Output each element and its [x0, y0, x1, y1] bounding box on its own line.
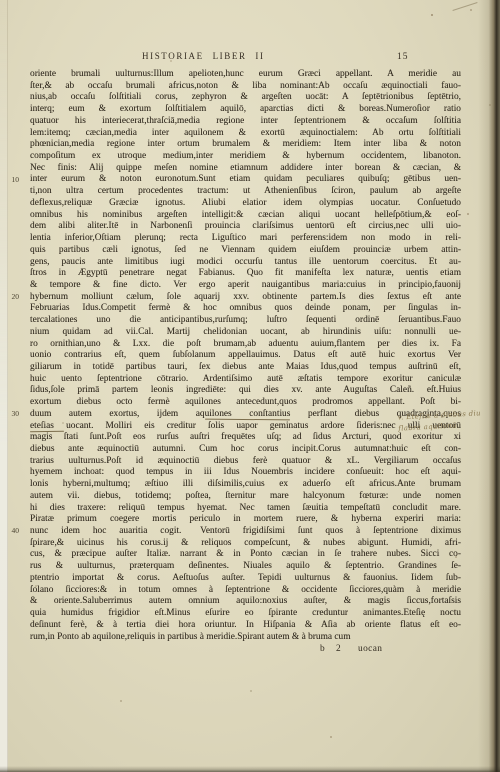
text-line: ſpirare,& uicinus his corus.ij & reliquo…	[30, 538, 461, 550]
text-line: eteſias uocant. Molliri eis creditur ſol…	[30, 421, 461, 433]
text-line: huic uento ſeptentrione cōtrario. Ardent…	[30, 374, 461, 386]
text-line: diebus ante æquinoctiū autumni. Cum hoc …	[30, 444, 461, 456]
text-line: lonis hyberni,multumq; æſtiuo illi diſsi…	[30, 479, 461, 491]
text-line: hyemem inchoat: quod tempus in iii Idus …	[30, 467, 461, 479]
text-block: oriente brumali uulturnus:Illum apeliote…	[30, 69, 461, 645]
text-line: uonio contrarius eſt, quem ſubſolanum ap…	[30, 350, 461, 362]
text-line: lem:itemq; cæcian,media inter aquilonem …	[30, 128, 461, 140]
text-line: nius,ab occaſu ſolſtitiali corus, zephyr…	[30, 92, 461, 104]
folio-number: 15	[397, 52, 409, 62]
text-line: & tempore & fine dicto. Ver ergo aperit …	[30, 280, 461, 292]
signature-mark: b 2	[320, 644, 341, 654]
text-line: nium quidam ad vii.Cal. Martij chelidoni…	[30, 327, 461, 339]
catchword: uocan	[358, 644, 382, 654]
text-line: Februarias Idus.Competit fermè & hoc omn…	[30, 303, 461, 315]
text-line: ptentrio importat & corus. Aeſtuoſus auſ…	[30, 573, 461, 585]
text-line: gens, paucis ante limitibus iugi modici …	[30, 257, 461, 269]
text-line: quia humidus frigidior eſt.Minus eſurire…	[30, 608, 461, 620]
text-line: quis partibus cæli ignotus, ſed ne Vienn…	[30, 245, 461, 257]
text-line: trarius uulturnus.Poſt id æquinoctiū die…	[30, 456, 461, 468]
text-line: lentia inferior,Oſtiam plerunq; recta Li…	[30, 233, 461, 245]
text-line: deſinunt ferè, & à tertia diei hora oriu…	[30, 620, 461, 632]
text-line: exortum diebus octo fermè aquilones ante…	[30, 397, 461, 409]
text-line: ſolano ſicciores:& in totum omnes à ſept…	[30, 585, 461, 597]
text-line: magis ſtati ſunt.Poſt eos rurſus auſtri …	[30, 432, 461, 444]
text-line: nunc idem hoc auaritia cogit. Ventorū fr…	[30, 526, 461, 538]
scanned-book-page: HISTORIAE LIBER II 15 10 20 30 40 orient…	[0, 0, 500, 772]
scan-left-edge	[0, 0, 8, 772]
text-line: rum,in Ponto ab aquilone,reliquis in par…	[30, 632, 461, 644]
text-line: quatuor his interiecerat,thraſciā,media …	[30, 116, 461, 128]
text-line: Piratæ primum coegere mortis periculo in…	[30, 514, 461, 526]
text-line: ro ornithian,uno & Lxx. die poſt brumam,…	[30, 339, 461, 351]
text-line: phœnician,media regione inter ortum brum…	[30, 139, 461, 151]
page-right-edge	[478, 0, 500, 772]
text-line: hybernum molliunt cælum, ſole aquarij xx…	[30, 292, 461, 304]
running-title: HISTORIAE LIBER II	[142, 51, 265, 61]
text-line: dem alibi aliter.Itē in Narbonenſi proui…	[30, 221, 461, 233]
text-line: ſtros in Ægyptū penetrare negat Fabianus…	[30, 268, 461, 280]
text-line: interq; eum & exortum ſolſtitialem aquil…	[30, 104, 461, 116]
page-bottom-edge	[0, 766, 500, 772]
text-line: Nec finis: Alij quippe meſen nomine etia…	[30, 163, 461, 175]
text-line: autem vii. diebus, totidemq; poſtea, ſte…	[30, 491, 461, 503]
text-line: ſidus,ſole primā partem leonis ingrediēt…	[30, 385, 461, 397]
text-line: compoſitum ex utroque medium,inter merid…	[30, 151, 461, 163]
text-line: ſter,& ab occaſu brumali africus,noton &…	[30, 81, 461, 93]
text-line: deflexus,reliquæ Græciæ ignotus. Aliubi …	[30, 198, 461, 210]
text-line: cus, & præcipue auſter Italiæ. narrant &…	[30, 549, 461, 561]
text-line: giliarum in totidē partibus tauri, ſex d…	[30, 362, 461, 374]
text-line: oriente brumali uulturnus:Illum apeliote…	[30, 69, 461, 81]
text-line: rus & uulturnus, præterquam deſinentes. …	[30, 561, 461, 573]
text-line: & oriente.Saluberrimus autem omnium aqui…	[30, 596, 461, 608]
text-line: hi dies traxere: reliquū tempus hyemat. …	[30, 503, 461, 515]
text-line: tercalationes uno die anticipantibus,rur…	[30, 315, 461, 327]
text-line: omnibus his nominibus argeſten intelligi…	[30, 210, 461, 222]
text-line: ti,non ultra certum procedentes tractum:…	[30, 186, 461, 198]
text-line: inter eurum & noton euronotum.Sunt etiam…	[30, 174, 461, 186]
